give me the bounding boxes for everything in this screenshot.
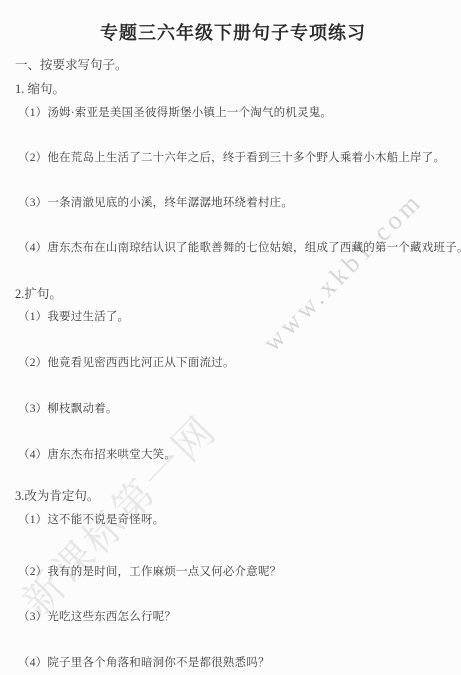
exercise-2-item-4: （4）唐东杰布招来哄堂大笑。 [18, 448, 461, 463]
exercise-1-item-4: （4）唐东杰布在山南琼结认识了能歌善舞的七位姑娘，组成了西藏的第一个藏戏班子。 [18, 241, 461, 256]
exercise-3-item-4: （4）院子里各个角落和暗洞你不是都很熟悉吗？ [18, 656, 461, 671]
exercise-2-item-1: （1）我要过生活了。 [18, 310, 461, 325]
section-heading: 一、按要求写句子。 [15, 58, 461, 73]
exercise-3-heading: 3.改为肯定句。 [15, 489, 461, 504]
exercise-2-item-2: （2）他竟看见密西西比河正从下面流过。 [18, 356, 461, 371]
exercise-2-heading: 2.扩句。 [15, 287, 461, 302]
worksheet-page: 新课标第一网 www.xkb1.com 专题三六年级下册句子专项练习 一、按要求… [0, 0, 461, 675]
exercise-3-item-3: （3）光吃这些东西怎么行呢？ [18, 610, 461, 625]
exercise-1-item-2: （2）他在荒岛上生活了二十六年之后，终于看到三十多个野人乘着小木船上岸了。 [18, 151, 461, 166]
exercise-3-item-1: （1）这不能不说是奇怪呀。 [18, 513, 461, 528]
exercise-1-item-1: （1）汤姆·索亚是美国圣彼得斯堡小镇上一个淘气的机灵鬼。 [18, 106, 461, 121]
page-title: 专题三六年级下册句子专项练习 [15, 21, 451, 45]
exercise-1-item-3: （3）一条清澈见底的小溪，终年潺潺地环绕着村庄。 [18, 196, 461, 211]
exercise-2-item-3: （3）柳枝飘动着。 [18, 402, 461, 417]
exercise-1-heading: 1. 缩句。 [15, 82, 461, 97]
exercise-3-item-2: （2）我有的是时间，工作麻烦一点又何必介意呢？ [18, 565, 461, 580]
document-content: 专题三六年级下册句子专项练习 一、按要求写句子。 1. 缩句。 （1）汤姆·索亚… [0, 21, 461, 671]
